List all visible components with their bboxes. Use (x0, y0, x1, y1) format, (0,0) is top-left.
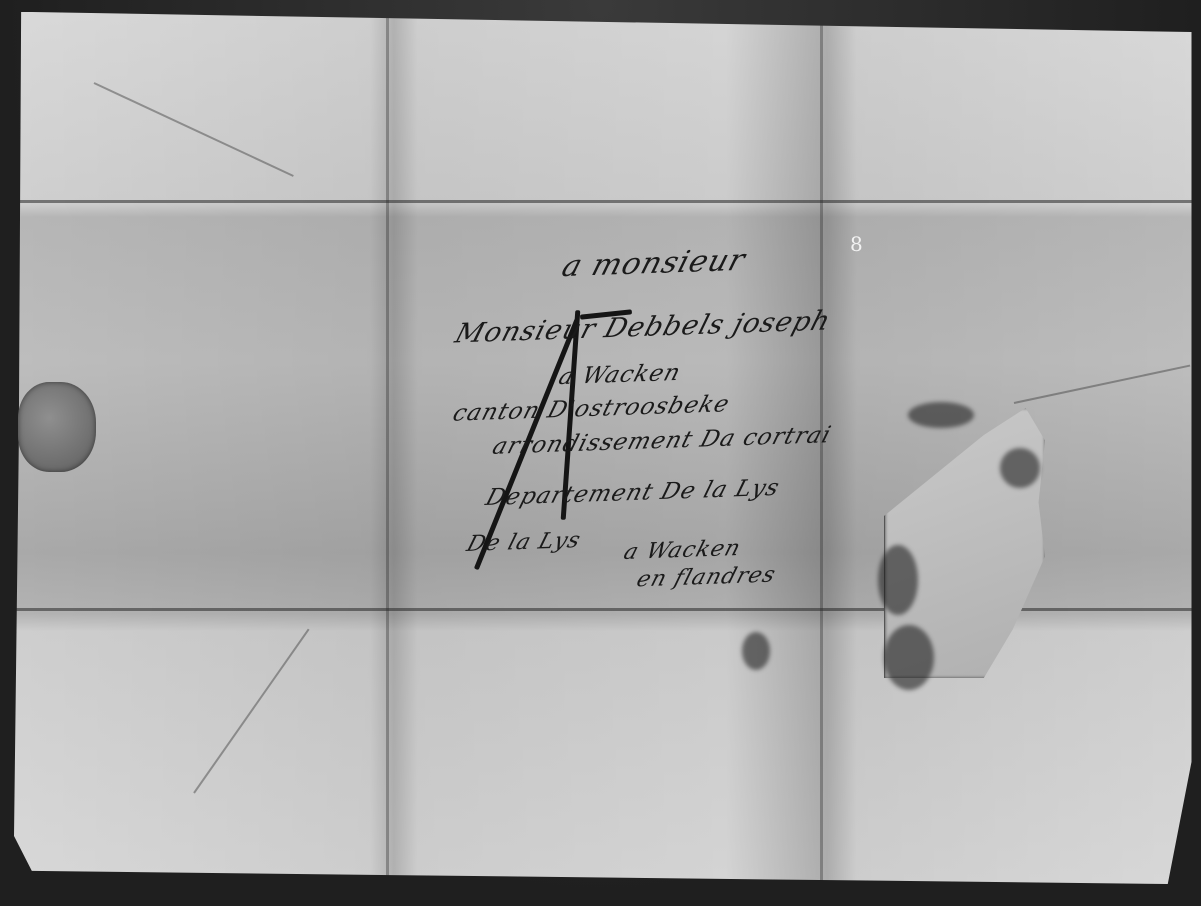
address-line-arrondissement: arrondissement Da cortrai (489, 422, 834, 460)
address-line-town-repeat: a Wacken (621, 536, 744, 565)
margin-mark: 8 (850, 232, 863, 256)
address-line-region: en flandres (634, 563, 779, 593)
address-line-departement: Departement De la Lys (483, 475, 783, 511)
address-line-canton: canton D'ostroosbeke (450, 391, 733, 426)
address-line-recipient: Monsieur Debbels joseph (452, 306, 835, 350)
address-line-salutation: a monsieur (558, 243, 750, 284)
address-block: a monsieur Monsieur Debbels joseph a Wac… (0, 0, 1201, 906)
address-line-town: a Wacken (556, 360, 684, 390)
address-line-departement-short: De la Lys (464, 528, 584, 557)
